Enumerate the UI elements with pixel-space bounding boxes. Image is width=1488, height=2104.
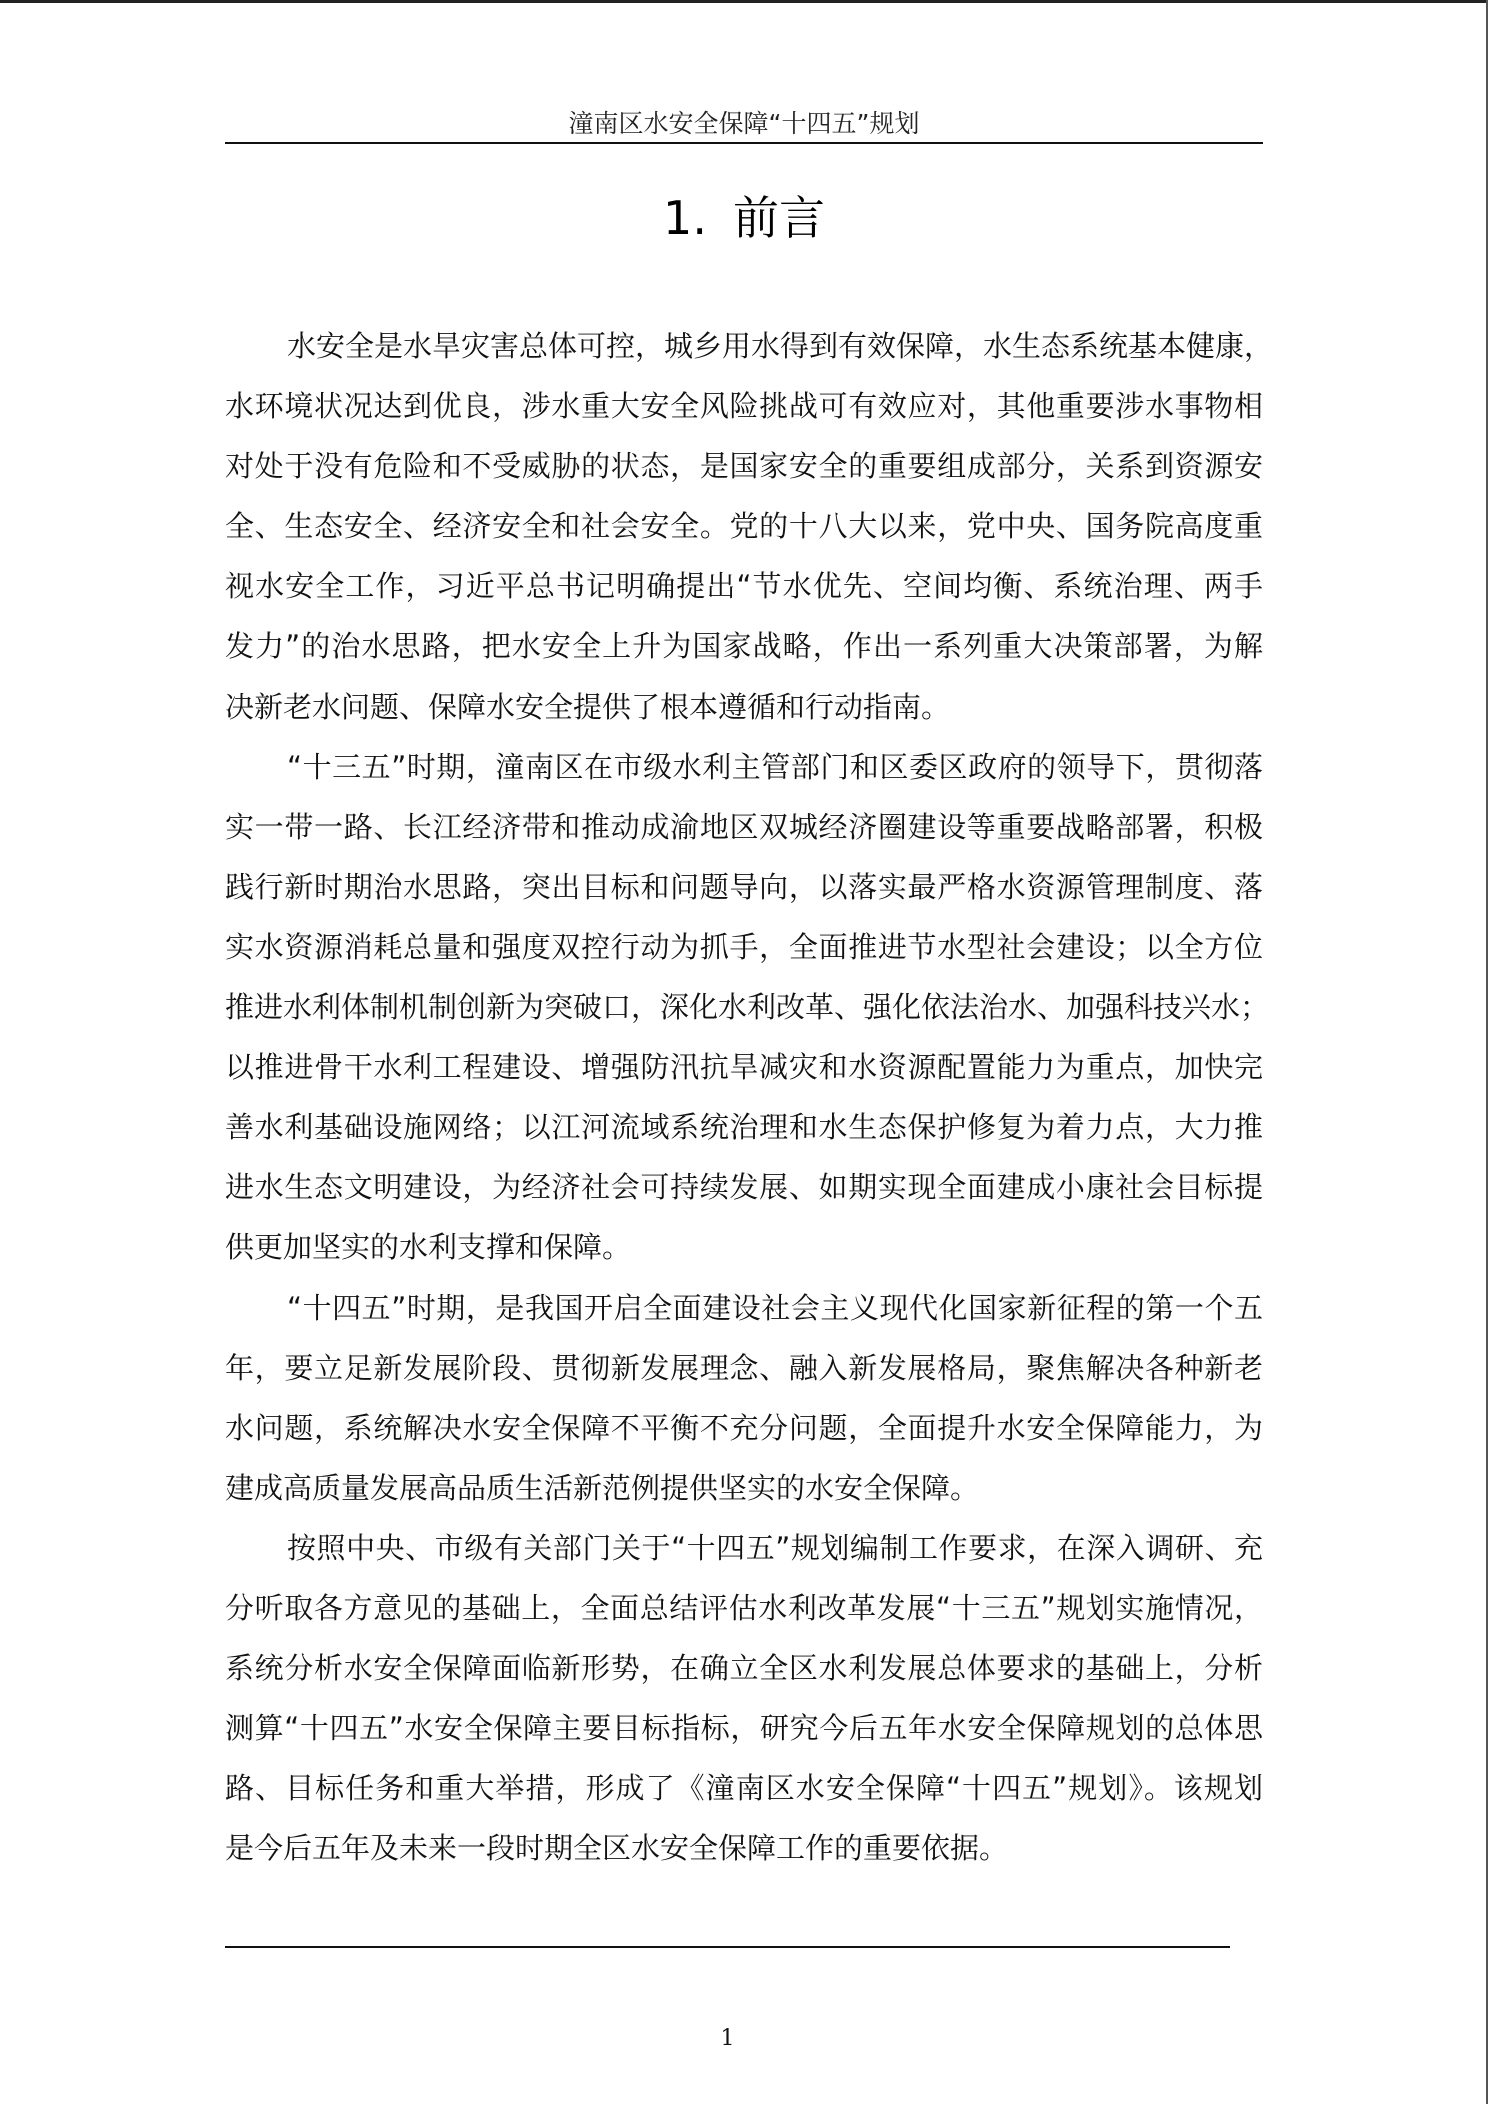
footer-rule: [225, 1946, 1230, 1948]
text-line: 对处于没有危险和不受威胁的状态，是国家安全的重要组成部分，关系到资源安: [225, 436, 1263, 496]
text-line: 进水生态文明建设，为经济社会可持续发展、如期实现全面建成小康社会目标提: [225, 1157, 1263, 1217]
text-line: 按照中央、市级有关部门关于“十四五”规划编制工作要求，在深入调研、充: [225, 1518, 1263, 1578]
text-line: 全、生态安全、经济安全和社会安全。党的十八大以来，党中央、国务院高度重: [225, 496, 1263, 556]
chapter-title: 1.前言: [225, 182, 1263, 248]
text-line: 水安全是水旱灾害总体可控，城乡用水得到有效保障，水生态系统基本健康，: [225, 316, 1263, 376]
text-line: 践行新时期治水思路，突出目标和问题导向，以落实最严格水资源管理制度、落: [225, 857, 1263, 917]
text-line: 路、目标任务和重大举措，形成了《潼南区水安全保障“十四五”规划》。该规划: [225, 1758, 1263, 1818]
text-line: 建成高质量发展高品质生活新范例提供坚实的水安全保障。: [225, 1458, 1263, 1518]
text-line: 实一带一路、长江经济带和推动成渝地区双城经济圈建设等重要战略部署，积极: [225, 797, 1263, 857]
text-line: 视水安全工作，习近平总书记明确提出“节水优先、空间均衡、系统治理、两手: [225, 556, 1263, 616]
chapter-number: 1.: [663, 191, 707, 245]
text-line: 年，要立足新发展阶段、贯彻新发展理念、融入新发展格局，聚焦解决各种新老: [225, 1338, 1263, 1398]
text-line: “十四五”时期，是我国开启全面建设社会主义现代化国家新征程的第一个五: [225, 1278, 1263, 1338]
text-line: 以推进骨干水利工程建设、增强防汛抗旱减灾和水资源配置能力为重点，加快完: [225, 1037, 1263, 1097]
text-line: 决新老水问题、保障水安全提供了根本遵循和行动指南。: [225, 677, 1263, 737]
text-line: 水环境状况达到优良，涉水重大安全风险挑战可有效应对，其他重要涉水事物相: [225, 376, 1263, 436]
text-line: 实水资源消耗总量和强度双控行动为抓手，全面推进节水型社会建设；以全方位: [225, 917, 1263, 977]
text-line: 水问题，系统解决水安全保障不平衡不充分问题，全面提升水安全保障能力，为: [225, 1398, 1263, 1458]
text-line: 发力”的治水思路，把水安全上升为国家战略，作出一系列重大决策部署，为解: [225, 616, 1263, 676]
paragraph: 按照中央、市级有关部门关于“十四五”规划编制工作要求，在深入调研、充 分听取各方…: [225, 1518, 1263, 1879]
text-line: “十三五”时期，潼南区在市级水利主管部门和区委区政府的领导下，贯彻落: [225, 737, 1263, 797]
paragraph: “十三五”时期，潼南区在市级水利主管部门和区委区政府的领导下，贯彻落 实一带一路…: [225, 737, 1263, 1278]
body-text: 水安全是水旱灾害总体可控，城乡用水得到有效保障，水生态系统基本健康， 水环境状况…: [225, 316, 1263, 1878]
text-line: 是今后五年及未来一段时期全区水安全保障工作的重要依据。: [225, 1818, 1263, 1878]
text-line: 推进水利体制机制创新为突破口，深化水利改革、强化依法治水、加强科技兴水；: [225, 977, 1263, 1037]
paragraph: “十四五”时期，是我国开启全面建设社会主义现代化国家新征程的第一个五 年，要立足…: [225, 1278, 1263, 1518]
paragraph: 水安全是水旱灾害总体可控，城乡用水得到有效保障，水生态系统基本健康， 水环境状况…: [225, 316, 1263, 737]
text-line: 分听取各方意见的基础上，全面总结评估水利改革发展“十三五”规划实施情况，: [225, 1578, 1263, 1638]
page-number: 1: [225, 2026, 1230, 2051]
text-line: 系统分析水安全保障面临新形势，在确立全区水利发展总体要求的基础上，分析: [225, 1638, 1263, 1698]
text-line: 测算“十四五”水安全保障主要目标指标，研究今后五年水安全保障规划的总体思: [225, 1698, 1263, 1758]
text-line: 善水利基础设施网络；以江河流域系统治理和水生态保护修复为着力点，大力推: [225, 1097, 1263, 1157]
running-header: 潼南区水安全保障“十四五”规划: [225, 104, 1263, 140]
text-line: 供更加坚实的水利支撑和保障。: [225, 1217, 1263, 1277]
chapter-heading: 前言: [733, 191, 825, 245]
page-border-top: [0, 0, 1488, 3]
header-rule: [225, 142, 1263, 144]
